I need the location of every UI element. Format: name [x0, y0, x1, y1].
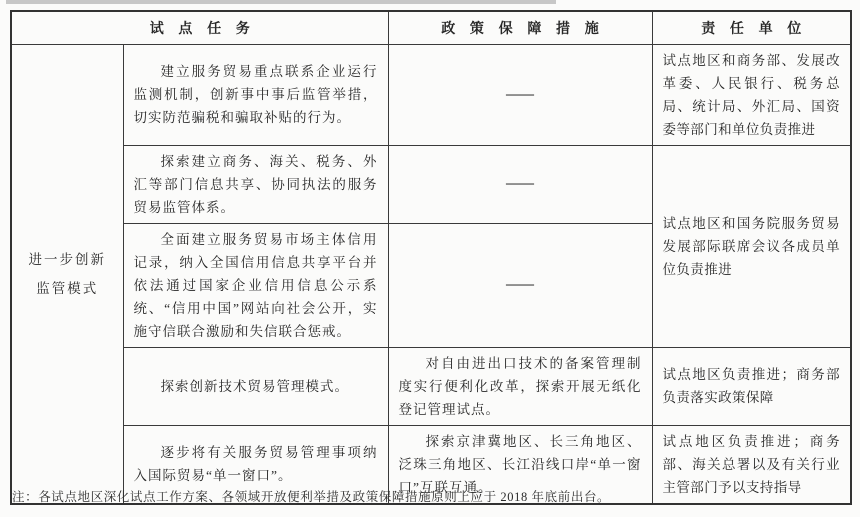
header-policy-measures: 政策保障措施 [388, 11, 652, 44]
policy-dash-cell: —— [388, 223, 652, 347]
header-row: 试点任务 政策保障措施 责任单位 [11, 11, 851, 44]
header-pilot-tasks: 试点任务 [11, 11, 388, 44]
category-cell: 进一步创新监管模式 [11, 44, 123, 504]
pilot-tasks-table: 试点任务 政策保障措施 责任单位 进一步创新监管模式 建立服务贸易重点联系企业运… [10, 10, 852, 505]
scan-edge-artifact [6, 0, 556, 4]
unit-cell: 试点地区和商务部、发展改革委、人民银行、税务总局、统计局、外汇局、国资委等部门和… [652, 44, 851, 145]
footnote: 注：各试点地区深化试点工作方案、各领域开放便利举措及政策保障措施原则上应于 20… [12, 487, 610, 505]
policy-cell: 对自由进出口技术的备案管理制度实行便利化改革，探索开展无纸化登记管理试点。 [388, 347, 652, 425]
unit-cell: 试点地区负责推进；商务部负责落实政策保障 [652, 347, 851, 425]
header-responsible-units: 责任单位 [652, 11, 851, 44]
table-row: 进一步创新监管模式 建立服务贸易重点联系企业运行监测机制，创新事中事后监管举措，… [11, 44, 851, 145]
task-cell: 建立服务贸易重点联系企业运行监测机制，创新事中事后监管举措，切实防范骗税和骗取补… [123, 44, 388, 145]
policy-dash-cell: —— [388, 44, 652, 145]
unit-cell: 试点地区负责推进；商务部、海关总署以及有关行业主管部门予以支持指导 [652, 425, 851, 504]
task-cell: 探索创新技术贸易管理模式。 [123, 347, 388, 425]
table-row: 探索创新技术贸易管理模式。 对自由进出口技术的备案管理制度实行便利化改革，探索开… [11, 347, 851, 425]
document-page: 试点任务 政策保障措施 责任单位 进一步创新监管模式 建立服务贸易重点联系企业运… [0, 0, 860, 517]
task-cell: 全面建立服务贸易市场主体信用记录，纳入全国信用信息共享平台并依法通过国家企业信用… [123, 223, 388, 347]
table-row: 探索建立商务、海关、税务、外汇等部门信息共享、协同执法的服务贸易监管体系。 ——… [11, 145, 851, 223]
task-cell: 探索建立商务、海关、税务、外汇等部门信息共享、协同执法的服务贸易监管体系。 [123, 145, 388, 223]
policy-dash-cell: —— [388, 145, 652, 223]
unit-cell-merged: 试点地区和国务院服务贸易发展部际联席会议各成员单位负责推进 [652, 145, 851, 347]
